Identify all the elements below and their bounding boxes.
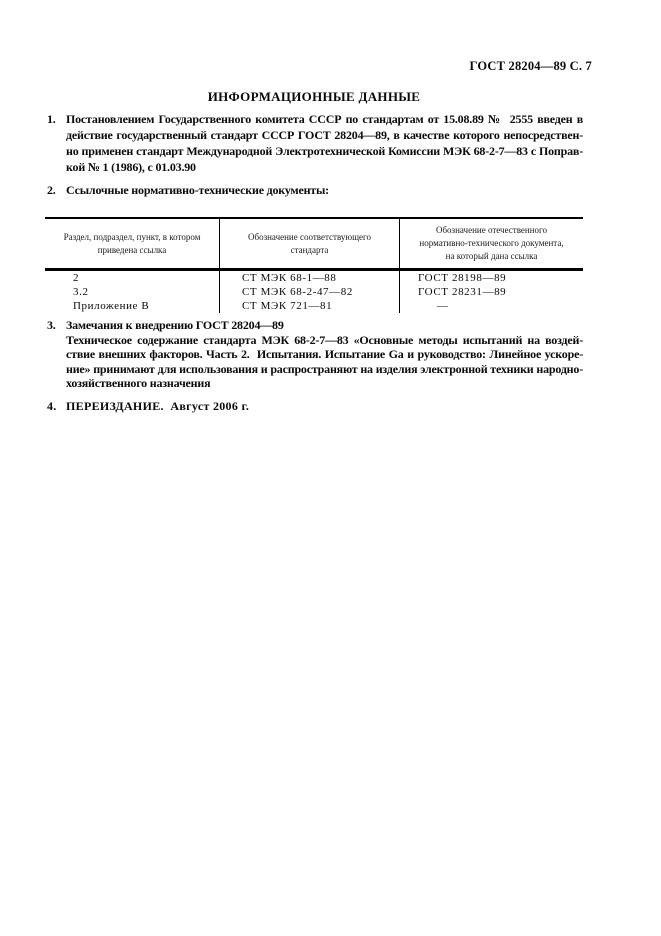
item-3-number: 3. — [47, 318, 56, 333]
item-3-line-1: Замечания к внедрению ГОСТ 28204—89 — [66, 318, 583, 333]
table-cell-section: 3.2 — [45, 285, 220, 299]
list-item-4: 4. ПЕРЕИЗДАНИЕ. Август 2006 г. — [47, 398, 583, 414]
table-cell-domestic-doc: ГОСТ 28231—89 — [400, 285, 583, 299]
item-2-body: Ссылочные нормативно-технические докумен… — [66, 182, 583, 198]
table-header-domestic-doc-column: Обозначение отечественного нормативно-те… — [400, 219, 583, 268]
table-body: 2 СТ МЭК 68-1—88 ГОСТ 28198—89 3.2 СТ МЭ… — [45, 271, 583, 315]
table-row: 2 СТ МЭК 68-1—88 ГОСТ 28198—89 — [45, 271, 583, 285]
table-cell-standard: СТ МЭК 721—81 — [220, 299, 400, 313]
table-header-section-column: Раздел, подраздел, пункт, в котором прив… — [45, 219, 220, 268]
table-row: Приложение В СТ МЭК 721—81 — — [45, 299, 583, 313]
list-item-1: 1. Постановлением Государственного комит… — [47, 111, 583, 175]
item-3-body: Замечания к внедрению ГОСТ 28204—89 Техн… — [66, 318, 583, 391]
page-header: ГОСТ 28204—89 С. 7 — [469, 58, 592, 74]
item-1-number: 1. — [47, 111, 56, 127]
table-cell-domestic-doc: — — [400, 299, 583, 313]
table-cell-section: 2 — [45, 271, 220, 285]
references-table: Раздел, подраздел, пункт, в котором прив… — [45, 217, 583, 315]
table-cell-standard: СТ МЭК 68-2-47—82 — [220, 285, 400, 299]
item-1-line-1: Постановлением Государственного комитета… — [66, 111, 583, 127]
item-4-number: 4. — [47, 398, 57, 414]
document-title: ИНФОРМАЦИОННЫЕ ДАННЫЕ — [45, 89, 583, 105]
list-item-3: 3. Замечания к внедрению ГОСТ 28204—89 Т… — [47, 318, 583, 391]
item-1-body: Постановлением Государственного комитета… — [66, 111, 583, 175]
item-1-line-4: кой № 1 (1986), с 01.03.90 — [66, 159, 583, 175]
table-cell-section: Приложение В — [45, 299, 220, 313]
table-header-standard-column: Обозначение соответствующего стандарта — [220, 219, 400, 268]
table-header-row: Раздел, подраздел, пункт, в котором прив… — [45, 219, 583, 271]
item-4-body: ПЕРЕИЗДАНИЕ. Август 2006 г. — [66, 398, 583, 414]
item-3-line-3: ствие внешних факторов. Часть 2. Испытан… — [66, 347, 583, 362]
item-2-text: Ссылочные нормативно-технические докумен… — [66, 182, 583, 198]
list-item-2: 2. Ссылочные нормативно-технические доку… — [47, 182, 583, 198]
table-cell-standard: СТ МЭК 68-1—88 — [220, 271, 400, 285]
item-3-line-2: Техническое содержание стандарта МЭК 68-… — [66, 333, 583, 348]
table-row: 3.2 СТ МЭК 68-2-47—82 ГОСТ 28231—89 — [45, 285, 583, 299]
item-3-line-4: ние» принимают для использования и распр… — [66, 362, 583, 377]
item-1-line-3: но применен стандарт Международной Элект… — [66, 143, 583, 159]
item-1-line-2: действие государственный стандарт СССР Г… — [66, 127, 583, 143]
item-2-number: 2. — [47, 182, 56, 198]
item-3-line-5: хозяйственного назначения — [66, 376, 583, 391]
table-cell-domestic-doc: ГОСТ 28198—89 — [400, 271, 583, 285]
item-4-text: ПЕРЕИЗДАНИЕ. Август 2006 г. — [66, 398, 583, 414]
document-page: ГОСТ 28204—89 С. 7 ИНФОРМАЦИОННЫЕ ДАННЫЕ… — [0, 0, 661, 936]
